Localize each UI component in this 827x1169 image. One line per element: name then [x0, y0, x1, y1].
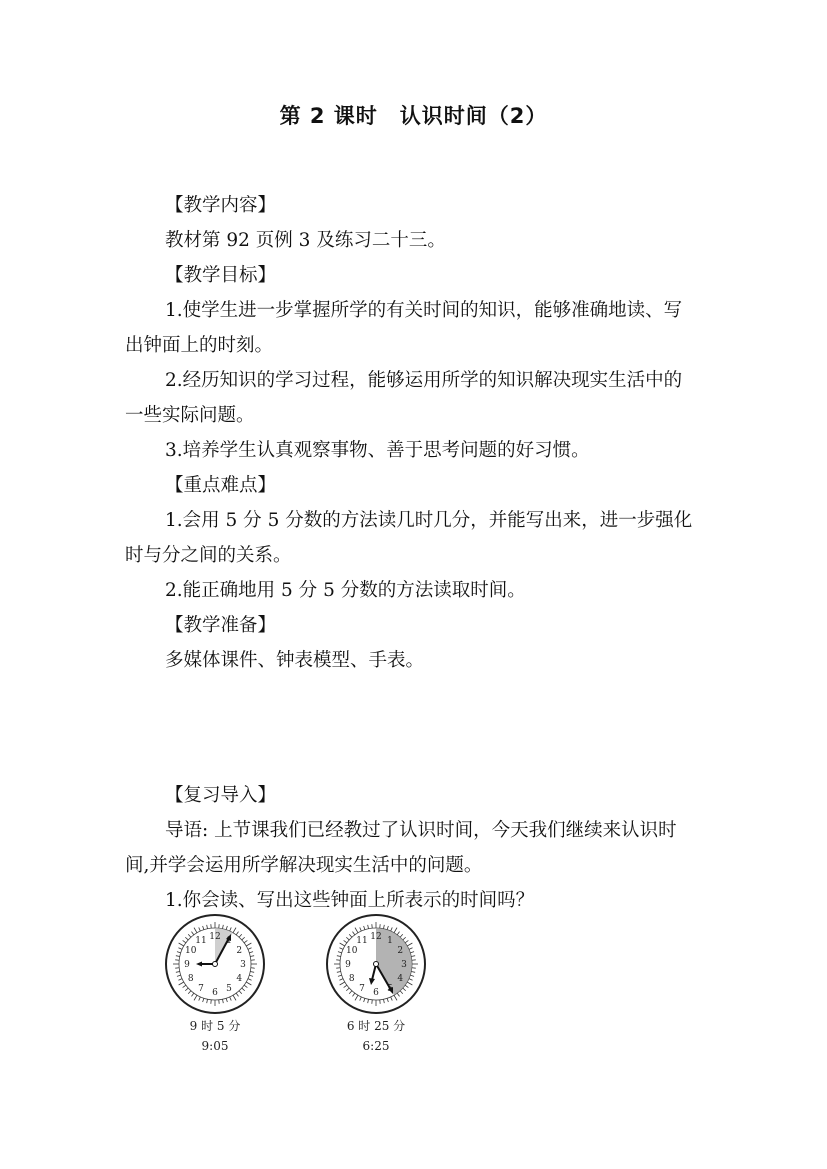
- svg-text:2: 2: [397, 946, 403, 956]
- goal-2-line-2: 一些实际问题。: [125, 398, 702, 433]
- section-heading-preparation: 【教学准备】: [125, 608, 702, 643]
- svg-text:8: 8: [188, 974, 194, 984]
- content-text: 教材第 92 页例 3 及练习二十三。: [125, 223, 702, 258]
- goal-1-line-1: 1.使学生进一步掌握所学的有关时间的知识，能够准确地读、写: [125, 293, 702, 328]
- page-title: 第 2 课时 认识时间（2）: [0, 100, 827, 130]
- section-heading-content: 【教学内容】: [125, 188, 702, 223]
- clock-figure-2: 121234567891011 6 时 25 分 6:25: [321, 912, 431, 1056]
- review-section: 【复习导入】 导语: 上节课我们已经教过了认识时间，今天我们继续来认识时 间,并…: [125, 778, 702, 918]
- lesson-plan-body: 【教学内容】 教材第 92 页例 3 及练习二十三。 【教学目标】 1.使学生进…: [125, 188, 702, 678]
- svg-text:4: 4: [236, 974, 242, 984]
- svg-text:2: 2: [236, 946, 242, 956]
- clock-1-label-cn: 9 时 5 分: [160, 1016, 270, 1036]
- key-point-1-line-1: 1.会用 5 分 5 分数的方法读几时几分，并能写出来，进一步强化: [125, 503, 702, 538]
- clock-face-icon: 121234567891011: [324, 912, 428, 1016]
- goal-2-line-1: 2.经历知识的学习过程，能够运用所学的知识解决现实生活中的: [125, 363, 702, 398]
- svg-text:3: 3: [401, 960, 407, 970]
- svg-text:1: 1: [387, 936, 393, 946]
- svg-text:7: 7: [198, 984, 204, 994]
- clock-figure-1: 121234567891011 9 时 5 分 9:05: [160, 912, 270, 1056]
- key-point-2: 2.能正确地用 5 分 5 分数的方法读取时间。: [125, 573, 702, 608]
- svg-text:12: 12: [370, 932, 381, 942]
- svg-text:10: 10: [346, 946, 358, 956]
- section-heading-goals: 【教学目标】: [125, 258, 702, 293]
- clock-2-label-digital: 6:25: [321, 1036, 431, 1056]
- svg-text:9: 9: [184, 960, 190, 970]
- svg-text:6: 6: [212, 988, 218, 998]
- key-point-1-line-2: 时与分之间的关系。: [125, 538, 702, 573]
- svg-text:5: 5: [226, 984, 232, 994]
- clock-2-label-cn: 6 时 25 分: [321, 1016, 431, 1036]
- svg-text:11: 11: [195, 936, 206, 946]
- svg-text:4: 4: [397, 974, 403, 984]
- goal-3: 3.培养学生认真观察事物、善于思考问题的好习惯。: [125, 433, 702, 468]
- section-heading-key-points: 【重点难点】: [125, 468, 702, 503]
- svg-text:12: 12: [209, 932, 220, 942]
- svg-text:10: 10: [185, 946, 197, 956]
- svg-text:7: 7: [359, 984, 365, 994]
- preparation-text: 多媒体课件、钟表模型、手表。: [125, 643, 702, 678]
- svg-text:9: 9: [345, 960, 351, 970]
- svg-text:6: 6: [373, 988, 379, 998]
- review-intro-line-2: 间,并学会运用所学解决现实生活中的问题。: [125, 848, 702, 883]
- goal-1-line-2: 出钟面上的时刻。: [125, 328, 702, 363]
- review-intro-line-1: 导语: 上节课我们已经教过了认识时间，今天我们继续来认识时: [125, 813, 702, 848]
- clock-face-icon: 121234567891011: [163, 912, 267, 1016]
- svg-text:3: 3: [240, 960, 246, 970]
- svg-text:11: 11: [356, 936, 367, 946]
- clock-1-label-digital: 9:05: [160, 1036, 270, 1056]
- section-heading-review: 【复习导入】: [125, 778, 702, 813]
- svg-text:8: 8: [349, 974, 355, 984]
